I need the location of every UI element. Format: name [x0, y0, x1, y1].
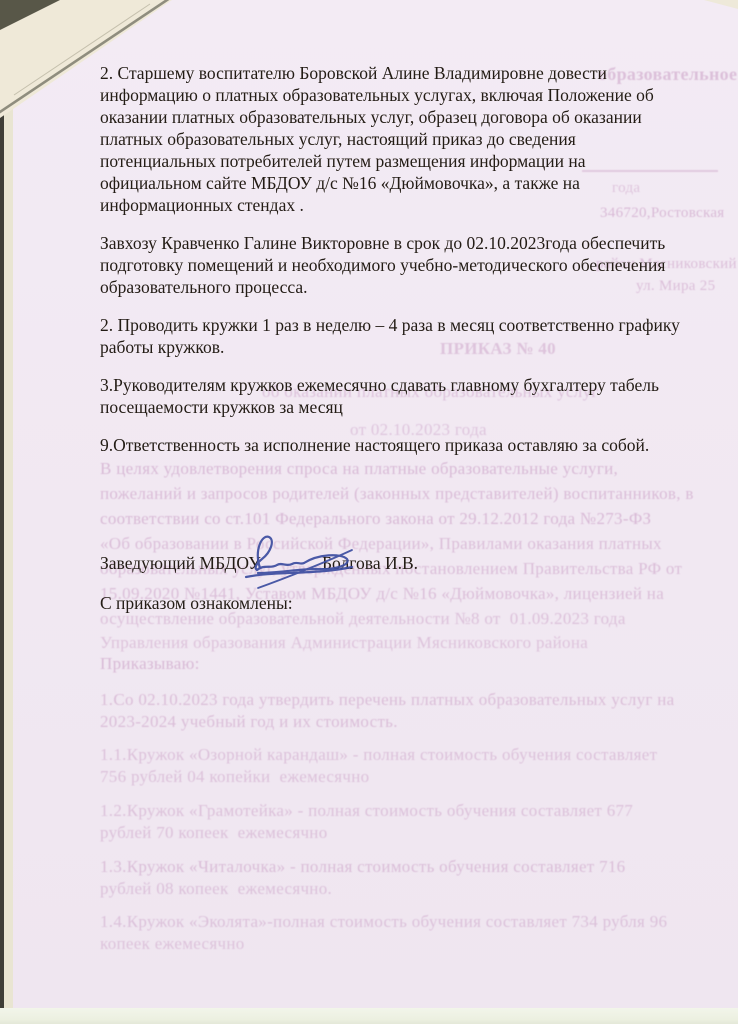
- bleed-fragment: соответствии со ст.101 Федерального зако…: [100, 509, 651, 529]
- underlying-sheet-edge: [4, 0, 13, 1010]
- bleed-fragment: 1.4.Кружок «Эколята»-полная стоимость об…: [100, 912, 667, 932]
- acknowledgement-line: С приказом ознакомлены:: [100, 593, 293, 614]
- scanned-document-page: образовательноегода346720,Ростовскаярайо…: [0, 0, 738, 1024]
- bleed-fragment: 1.2.Кружок «Грамотейка» - полная стоимос…: [100, 801, 633, 821]
- bleed-fragment: 2023-2024 учебный год и их стоимость.: [100, 712, 398, 732]
- bleed-fragment: «Об образовании в Российской Федерации»,…: [100, 534, 662, 554]
- bleed-fragment: 1.1.Кружок «Озорной карандаш» - полная с…: [100, 745, 657, 765]
- paragraph: 2. Проводить кружки 1 раз в неделю – 4 р…: [100, 314, 720, 358]
- paragraph: 3.Руководителям кружков ежемесячно сдава…: [100, 374, 720, 418]
- bleed-fragment: копеек ежемесячно: [100, 934, 245, 954]
- bleed-fragment: рублей 70 копеек ежемесячно: [100, 823, 328, 843]
- paragraph: 9.Ответственность за исполнение настояще…: [100, 434, 720, 456]
- handwritten-signature-icon: [236, 528, 360, 594]
- bleed-fragment: пожеланий и запросов родителей (законных…: [100, 484, 694, 504]
- bottom-sheet-strip: [0, 1008, 738, 1024]
- bleed-fragment: 756 рублей 04 копейки ежемесячно: [100, 767, 369, 787]
- bleed-fragment: рублей 08 копеек ежемесячно.: [100, 879, 332, 899]
- bleed-fragment: Управления образования Администрации Мяс…: [100, 633, 588, 653]
- bleed-fragment: 1.Со 02.10.2023 года утвердить перечень …: [100, 690, 675, 710]
- folded-corner: [0, 0, 240, 140]
- bleed-fragment: Приказываю:: [100, 654, 200, 674]
- bleed-fragment: 1.3.Кружок «Читалочка» - полная стоимост…: [100, 857, 625, 877]
- paragraph: Завхозу Кравченко Галине Викторовне в ср…: [100, 232, 720, 298]
- signature-row: Заведующий МБДОУ Болгова И.В.: [100, 553, 660, 579]
